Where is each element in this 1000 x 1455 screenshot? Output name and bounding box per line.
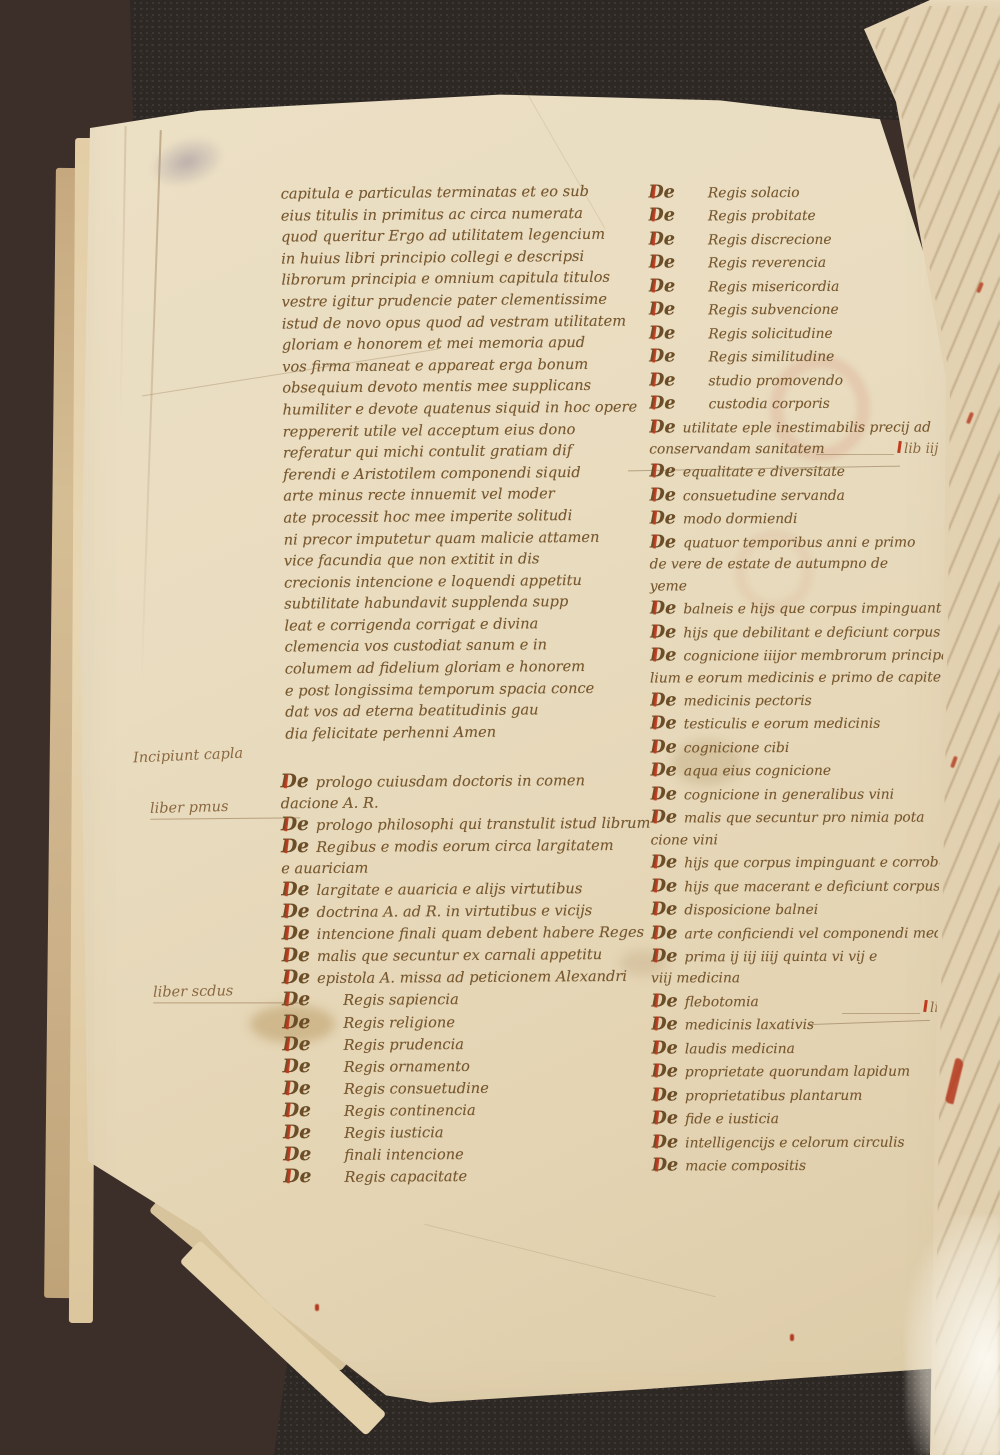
chapter-title-text: Regis probitate [708,208,816,224]
manuscript-line: Demacie compositis [652,1154,950,1177]
rubricated-initial: De [283,1078,311,1099]
chapter-list-book-two: DeRegis solacioDeRegis probitateDeRegis … [648,180,949,1176]
rubricated-initial: De [283,1144,311,1165]
chapter-title-text: prologo cuiusdam doctoris in comen [316,772,585,791]
rubricated-initial: De [651,875,678,897]
rubricated-initial: De [281,879,309,900]
rubricated-initial: De [650,736,677,758]
manuscript-line: Demodo dormiendi [649,507,947,531]
chapter-title-text: intencione finali quam debent habere Reg… [317,924,644,943]
manuscript-line: Dehijs que corpus impinguant e corrobora… [651,851,949,875]
manuscript-line: DeRegis capacitate [283,1164,651,1189]
chapter-title-text: conservandam sanitatem [649,441,824,458]
manuscript-line: Demalis que secuntur pro nimia pota [650,806,948,830]
chapter-title-text: epistola A. missa ad peticionem Alexandr… [317,968,627,987]
intro-paragraph: capitula e particulas terminatas et eo s… [281,180,648,745]
manuscript-line: subtilitate habundavit supplenda supp [284,591,646,616]
rubricated-initial: De [651,945,678,967]
chapter-title-text: arte conficiendi vel componendi medicina… [684,925,949,942]
rubricated-initial: De [649,393,676,415]
manuscript-line: istud de novo opus quod ad vestram utili… [282,310,644,335]
rubricated-initial: De [283,1122,311,1143]
manuscript-line: ni precor imputetur quam malicie attamen [284,526,646,551]
manuscript-line: DeRegis continencia [283,1097,651,1122]
manuscript-line: DeRegis misericordia [649,274,947,298]
manuscript-line: DeRegibus e modis eorum circa largitatem [281,834,649,859]
chapter-title-text: Regis prudencia [343,1036,464,1054]
red-tick-mark [897,441,902,453]
chapter-title-text: lium e eorum medicinis e primo de capite [650,669,941,686]
chapter-title-text: Regis consuetudine [344,1079,489,1097]
rubricated-initial: De [649,508,676,530]
manuscript-line: DeRegis prudencia [282,1031,650,1056]
rubricated-initial: De [651,1108,678,1130]
chapter-title-text: cognicione cibi [684,740,789,756]
rubricated-initial: De [651,1014,678,1036]
rubricated-initial: De [651,898,678,920]
rubricated-initial: De [649,531,676,553]
rubricated-initial: De [648,181,675,203]
chapter-title-text: modo dormiendi [683,511,797,527]
chapter-title-text: disposicione balnei [684,902,818,918]
chapter-title-text: finali intencione [344,1146,464,1164]
manuscript-line: DeRegis consuetudine [283,1075,651,1100]
manuscript-line: Dearte conficiendi vel componendi medici… [651,921,949,945]
manuscript-line: librorum principia e omnium capitula tit… [281,267,643,292]
chapter-title-text: proprietatibus plantarum [685,1087,862,1104]
manuscript-line: Definali intencione [283,1142,651,1167]
red-ink-speck [790,1334,794,1341]
rubricated-initial: De [649,252,676,274]
rubricated-initial: De [649,322,676,344]
manuscript-line: Deintencione finali quam debent habere R… [282,921,650,946]
rubricated-initial: De [282,945,310,966]
chapter-title-text: fide e iusticia [685,1111,779,1127]
chapter-title-text: Regis similitudine [708,349,834,365]
rubricated-initial: De [283,1056,311,1077]
rubricated-initial: De [281,771,309,792]
manuscript-line: Deconsuetudine servanda [649,483,947,507]
manuscript-line: Demalis que secuntur ex carnali appetitu [282,943,650,968]
chapter-title-text: proprietate quorundam lapidum [685,1064,910,1081]
rubricated-initial: De [651,922,678,944]
chapter-title-text: Regis sapiencia [343,992,459,1010]
rubricated-initial: De [651,1084,678,1106]
chapter-title-text: Regis discrecione [708,232,832,248]
manuscript-line: Decognicione in generalibus vini [650,782,948,806]
manuscript-line: capitula e particulas terminatas et eo s… [281,180,643,205]
rubricated-initial: De [282,1012,310,1033]
chapter-title-text: doctrina A. ad R. in virtutibus e vicijs [317,902,593,921]
manuscript-line: gloriam e honorem et mei memoria apud [282,332,644,357]
chapter-title-text: Regis solacio [708,185,800,201]
manuscript-line: in huius libri principio collegi e descr… [281,245,643,270]
chapter-title-text: macie compositis [685,1158,806,1174]
manuscript-line: lium e eorum medicinis e primo de capite [650,667,948,689]
chapter-title-text: intelligencijs e celorum circulis [685,1134,904,1151]
manuscript-line: leat e corrigenda corrigat e divina [284,612,646,637]
rubricated-initial: De [650,760,677,782]
manuscript-line: cione vini [651,829,949,851]
manuscript-line: Deproprietate quorundam lapidum [651,1060,949,1084]
rubricated-initial: De [650,713,677,735]
manuscript-photograph: capitula e particulas terminatas et eo s… [0,0,1000,1455]
chapter-title-text: utilitate eple inestimabilis precij ad [683,419,931,436]
manuscript-line: Delargitate e auaricia e alijs virtutibu… [281,877,649,902]
margin-note-liber-tercius: lib iij [898,441,938,457]
manuscript-line: e post longissima temporum spacia conce [285,677,647,702]
chapter-title-text: consuetudine servanda [683,488,845,505]
rubricated-initial: De [652,1131,679,1153]
rubricated-initial: De [650,689,677,711]
manuscript-line: Dequatuor temporibus anni e primo [649,530,947,554]
manuscript-line: e auariciam [281,856,649,880]
chapter-title-text: largitate e auaricia e alijs virtutibus [316,880,582,899]
manuscript-line: Decognicione iiijor membrorum principa [650,644,948,668]
manuscript-line: Decognicione cibi [650,735,948,759]
red-tick-mark [923,1000,928,1012]
rubricated-initial: De [649,461,676,483]
manuscript-line: Detesticulis e eorum medicinis [650,712,948,736]
chapter-title-text: prologo philosophi qui transtulit istud … [316,815,651,834]
manuscript-line: arte minus recte innuemit vel moder [283,483,645,508]
margin-note-liber-secundus: liber scdus [153,983,234,1000]
manuscript-line: obsequium devoto mentis mee supplicans [282,375,644,400]
chapter-title-text: Regis religione [343,1014,455,1032]
chapter-title-text: flebotomia [685,994,759,1010]
rubricated-initial: De [649,484,676,506]
chapter-list-book-one: Deprologo cuiusdam doctoris in comendaci… [281,769,652,1188]
rubricated-initial: De [281,901,309,922]
rubricated-initial: De [651,1037,678,1059]
manuscript-line: DeRegis sapiencia [282,987,650,1012]
manuscript-line: DeRegis iusticia [283,1119,651,1144]
manuscript-line: humiliter e devote quatenus siquid in ho… [282,396,644,421]
chapter-title-text: Regis reverencia [708,255,826,271]
rubricated-initial: De [650,621,677,643]
rubricated-initial: De [282,968,310,989]
rubricated-initial: De [649,346,676,368]
chapter-title-text: custodia corporis [709,396,830,412]
rubricated-initial: De [649,275,676,297]
chapter-title-text: quatuor temporibus anni e primo [683,534,915,551]
manuscript-line: Deprologo cuiusdam doctoris in comen [281,769,649,794]
manuscript-line: Deintelligencijs e celorum circulis [652,1130,950,1154]
manuscript-line: referatur qui michi contulit gratiam dif [283,440,645,465]
rubricated-initial: De [652,1154,679,1176]
manuscript-line: crecionis intencione e loquendi appetitu [284,569,646,594]
red-ink-speck [315,1304,319,1311]
manuscript-line: vice facundia que non extitit in dis [284,548,646,573]
rubricated-initial: De [650,598,677,620]
manuscript-line: DeRegis subvencione [649,298,947,322]
rubricated-initial: De [649,416,676,438]
chapter-title-text: malis que secuntur ex carnali appetitu [317,946,602,965]
manuscript-line: Deaqua eius cognicione [650,759,948,783]
margin-note-liber-primus: liber pmus [150,799,229,817]
rubricated-initial: De [650,807,677,829]
rubricated-initial: De [650,783,677,805]
manuscript-line: Debalneis e hijs que corpus impinguant [650,597,948,621]
chapter-title-text: medicinis pectoris [684,693,812,709]
manuscript-line: DeRegis solacio [648,180,946,204]
manuscript-line: DeRegis religione [282,1009,650,1034]
chapter-title-text: medicinis laxativis [685,1017,814,1033]
chapter-title-text: dacione A. R. [281,795,379,813]
manuscript-line: Deepistola A. missa ad peticionem Alexan… [282,965,650,990]
manuscript-line: Deequalitate e diversitate [649,460,947,484]
chapter-title-text: Regis solicitudine [708,326,832,342]
chapter-title-text: hijs que debilitant e deficiunt corpus [683,624,940,641]
margin-note-label: lib iij [904,441,938,457]
manuscript-line: columem ad fidelium gloriam e honorem [285,655,647,680]
chapter-title-text: aqua eius cognicione [684,763,831,780]
chapter-title-text: cognicione in generalibus vini [684,786,894,803]
rubricated-initial: De [282,923,310,944]
manuscript-line: Deflebotomia [651,989,949,1013]
manuscript-line: Delaudis medicina [651,1036,949,1060]
chapter-title-text: e auariciam [281,860,368,878]
manuscript-line: DeRegis solicitudine [649,321,947,345]
manuscript-line: Dehijs que debilitant e deficiunt corpus [650,620,948,644]
manuscript-line: Decustodia corporis [649,392,947,416]
chapter-title-text: Regis capacitate [344,1168,467,1186]
rubricated-initial: De [283,1166,311,1187]
rubricated-initial: De [648,228,675,250]
manuscript-line: Demedicinis pectoris [650,688,948,712]
manuscript-line: ferendi e Aristotilem componendi siquid [283,461,645,486]
manuscript-line: vestre igitur prudencie pater clementiss… [281,288,643,313]
chapter-title-text: yeme [650,578,687,594]
manuscript-line: Defide e iusticia [651,1107,949,1131]
chapter-title-text: testiculis e eorum medicinis [684,716,881,733]
manuscript-line: DeRegis probitate [648,204,946,228]
chapter-title-text: Regis misericordia [708,279,839,295]
chapter-title-text: Regis iusticia [344,1124,444,1142]
manuscript-line: Dedisposicione balnei [651,898,949,922]
manuscript-line: Dedoctrina A. ad R. in virtutibus e vici… [281,899,649,924]
manuscript-line: ate processit hoc mee imperite solitudi [283,504,645,529]
rubricated-initial: De [651,990,678,1012]
chapter-title-text: Regis subvencione [708,302,838,318]
rubricated-initial: De [282,990,310,1011]
chapter-title-text: equalitate e diversitate [683,464,845,481]
manuscript-line: DeRegis ornamento [283,1053,651,1078]
manuscript-line: dacione A. R. [281,791,649,815]
rubricated-initial: De [283,1100,311,1121]
rubricated-initial: De [282,1034,310,1055]
manuscript-line: de vere de estate de autumpno de [650,554,948,576]
rubricated-initial: De [650,644,677,666]
manuscript-line: vos firma maneat e appareat erga bonum [282,353,644,378]
manuscript-line: Deutilitate eple inestimabilis precij ad [649,415,947,439]
chapter-title-text: prima ij iij iiij quinta vi vij e [684,949,877,966]
chapter-title-text: Regibus e modis eorum circa largitatem [316,837,614,856]
manuscript-line: DeRegis discrecione [648,227,946,251]
rubricated-initial: De [648,205,675,227]
chapter-title-text: balneis e hijs que corpus impinguant [683,601,941,618]
leaf-deckle-edge [905,1215,1000,1455]
manuscript-line: clemencia vos custodiat sanum e in [285,634,647,659]
manuscript-line: quod queritur Ergo ad utilitatem legenci… [281,224,643,249]
chapter-title-text: hijs que corpus impinguant e corroborant [684,855,950,872]
manuscript-line: dia felicitate perhenni Amen [285,720,647,745]
chapter-title-text: malis que secuntur pro nimia pota [684,810,925,827]
rubricated-initial: De [651,852,678,874]
chapter-title-text: de vere de estate de autumpno de [650,556,888,573]
manuscript-line: yeme [650,575,948,597]
chapter-title-text: hijs que macerant e deficiunt corpus [684,878,940,895]
manuscript-line: eius titulis in primitus ac circa numera… [281,202,643,227]
chapter-title-text: Regis continencia [344,1102,476,1120]
manuscript-line: dat vos ad eterna beatitudinis gau [285,699,647,724]
chapter-title-text: cognicione iiijor membrorum principa [683,648,949,665]
manuscript-line: reppererit utile vel acceptum eius dono [283,418,645,443]
rubricated-initial: De [651,1061,678,1083]
manuscript-line: Deprima ij iij iiij quinta vi vij e [651,944,949,968]
chapter-title-text: Regis ornamento [344,1058,470,1076]
manuscript-line: viij medicina [651,968,949,990]
manuscript-line: Destudio promovendo [649,368,947,392]
chapter-title-text: cione vini [651,832,718,848]
manuscript-line: DeRegis similitudine [649,345,947,369]
chapter-title-text: studio promovendo [708,372,843,388]
manuscript-line: Demedicinis laxativis [651,1013,949,1037]
manuscript-line: Dehijs que macerant e deficiunt corpus [651,874,949,898]
manuscript-line: Deprologo philosophi qui transtulit istu… [281,812,649,837]
manuscript-line: DeRegis reverencia [649,251,947,275]
rubricated-initial: De [281,836,309,857]
chapter-title-text: viij medicina [651,971,740,987]
chapter-title-text: laudis medicina [685,1041,795,1057]
rubricated-initial: De [649,369,676,391]
manuscript-line: Deproprietatibus plantarum [651,1083,949,1107]
rubricated-initial: De [649,299,676,321]
